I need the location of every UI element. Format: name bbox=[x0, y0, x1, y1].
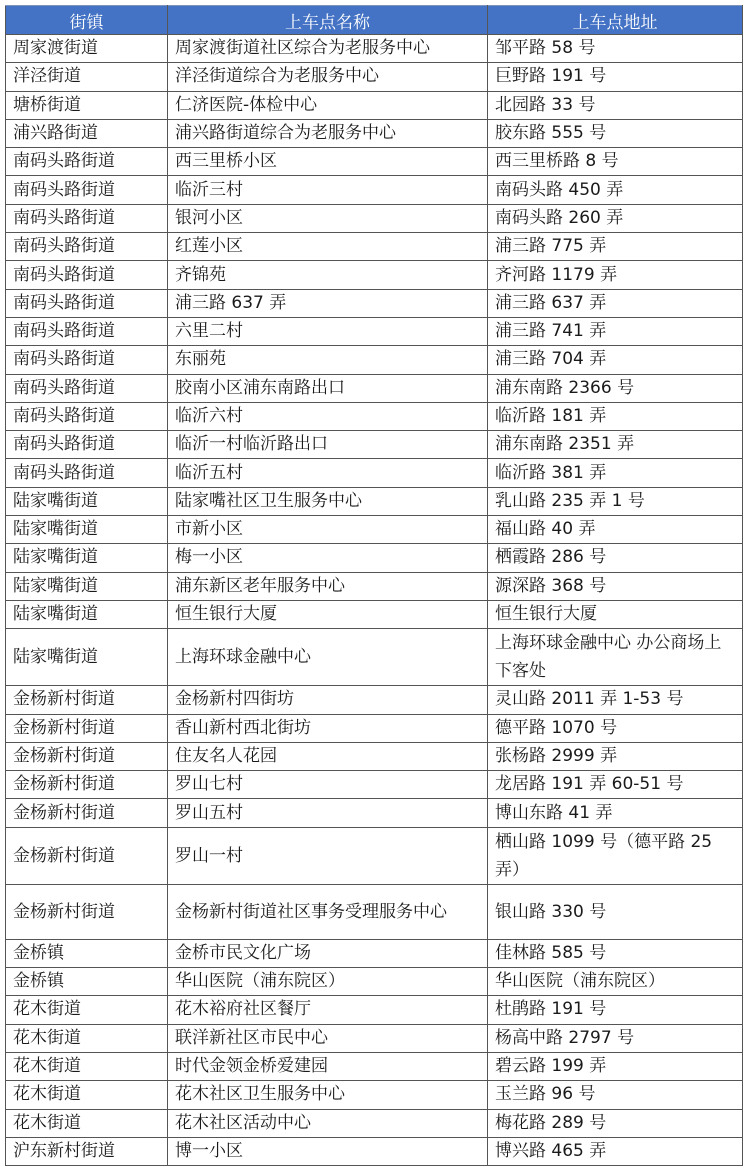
cell-street-town-text: 金杨新村街道 bbox=[13, 803, 115, 823]
cell-street-town-text: 浦兴路街道 bbox=[13, 123, 98, 143]
cell-pickup-name-text: 六里二村 bbox=[175, 321, 243, 341]
cell-pickup-name-text: 花木社区活动中心 bbox=[175, 1113, 311, 1133]
cell-pickup-address: 浦东南路 2351 弄 bbox=[488, 431, 743, 459]
cell-street-town-text: 沪东新村街道 bbox=[13, 1141, 115, 1161]
cell-street-town: 陆家嘴街道 bbox=[6, 487, 168, 515]
cell-pickup-name: 临沂一村临沂路出口 bbox=[168, 431, 488, 459]
cell-pickup-address: 碧云路 199 弄 bbox=[488, 1052, 743, 1080]
cell-street-town-text: 南码头路街道 bbox=[13, 265, 115, 285]
cell-pickup-name-text: 梅一小区 bbox=[175, 547, 243, 567]
table-row: 南码头路街道浦三路 637 弄浦三路 637 弄 bbox=[6, 289, 743, 317]
cell-pickup-address-text: 杨高中路 2797 号 bbox=[495, 1028, 634, 1048]
cell-street-town-text: 花木街道 bbox=[13, 1084, 81, 1104]
cell-pickup-name-text: 临沂五村 bbox=[175, 463, 243, 483]
pickup-points-table: 街镇 上车点名称 上车点地址 周家渡街道周家渡街道社区综合为老服务中心邹平路 5… bbox=[5, 5, 743, 1166]
cell-pickup-address: 北园路 33 号 bbox=[488, 91, 743, 119]
cell-street-town-text: 金杨新村街道 bbox=[13, 718, 115, 738]
table-row: 沪东新村街道博一小区博兴路 465 弄 bbox=[6, 1137, 743, 1165]
table-row: 花木街道花木社区活动中心梅花路 289 号 bbox=[6, 1109, 743, 1137]
cell-pickup-name-text: 花木裕府社区餐厅 bbox=[175, 999, 311, 1019]
cell-street-town: 南码头路街道 bbox=[6, 374, 168, 402]
cell-pickup-name: 罗山七村 bbox=[168, 771, 488, 799]
cell-street-town-text: 金杨新村街道 bbox=[13, 898, 161, 926]
cell-pickup-address-text: 浦东南路 2351 弄 bbox=[495, 434, 634, 454]
cell-street-town-text: 陆家嘴街道 bbox=[13, 491, 98, 511]
cell-street-town: 周家渡街道 bbox=[6, 35, 168, 63]
cell-street-town-text: 南码头路街道 bbox=[13, 349, 115, 369]
cell-street-town: 金桥镇 bbox=[6, 939, 168, 967]
cell-pickup-name: 上海环球金融中心 bbox=[168, 629, 488, 686]
cell-street-town-text: 陆家嘴街道 bbox=[13, 576, 98, 596]
cell-pickup-address: 博山东路 41 弄 bbox=[488, 799, 743, 827]
cell-pickup-name-text: 金杨新村街道社区事务受理服务中心 bbox=[175, 898, 481, 926]
cell-pickup-address-text: 浦东南路 2366 号 bbox=[495, 378, 634, 398]
table-row: 南码头路街道银河小区南码头路 260 弄 bbox=[6, 204, 743, 232]
cell-street-town-text: 南码头路街道 bbox=[13, 236, 115, 256]
cell-pickup-name: 恒生银行大厦 bbox=[168, 600, 488, 628]
cell-street-town: 花木街道 bbox=[6, 1081, 168, 1109]
cell-pickup-name-text: 银河小区 bbox=[175, 208, 243, 228]
cell-pickup-address: 浦三路 704 弄 bbox=[488, 346, 743, 374]
cell-pickup-name-text: 临沂一村临沂路出口 bbox=[175, 434, 328, 454]
cell-street-town: 金杨新村街道 bbox=[6, 742, 168, 770]
cell-pickup-address-text: 浦三路 741 弄 bbox=[495, 321, 606, 341]
cell-pickup-name-text: 周家渡街道社区综合为老服务中心 bbox=[175, 38, 430, 58]
cell-street-town-text: 金杨新村街道 bbox=[13, 746, 115, 766]
cell-street-town: 南码头路街道 bbox=[6, 431, 168, 459]
cell-pickup-name: 花木社区活动中心 bbox=[168, 1109, 488, 1137]
cell-pickup-name: 花木社区卫生服务中心 bbox=[168, 1081, 488, 1109]
cell-street-town-text: 塘桥街道 bbox=[13, 95, 81, 115]
cell-pickup-name: 六里二村 bbox=[168, 317, 488, 345]
cell-pickup-name-text: 住友名人花园 bbox=[175, 746, 277, 766]
cell-pickup-name-text: 临沂三村 bbox=[175, 180, 243, 200]
cell-pickup-address: 南码头路 260 弄 bbox=[488, 204, 743, 232]
cell-pickup-address: 华山医院（浦东院区） bbox=[488, 968, 743, 996]
table-body: 周家渡街道周家渡街道社区综合为老服务中心邹平路 58 号洋泾街道洋泾街道综合为老… bbox=[6, 35, 743, 1166]
cell-pickup-address-text: 博山东路 41 弄 bbox=[495, 803, 612, 823]
cell-pickup-address-text: 灵山路 2011 弄 1-53 号 bbox=[495, 689, 683, 709]
table-row: 南码头路街道胶南小区浦东南路出口浦东南路 2366 号 bbox=[6, 374, 743, 402]
table-row: 南码头路街道东丽苑浦三路 704 弄 bbox=[6, 346, 743, 374]
cell-pickup-address-text: 巨野路 191 号 bbox=[495, 66, 606, 86]
table-row: 陆家嘴街道梅一小区栖霞路 286 号 bbox=[6, 544, 743, 572]
cell-pickup-address: 杜鹃路 191 号 bbox=[488, 996, 743, 1024]
table-row: 陆家嘴街道浦东新区老年服务中心源深路 368 号 bbox=[6, 572, 743, 600]
cell-street-town: 花木街道 bbox=[6, 996, 168, 1024]
table-row: 陆家嘴街道市新小区福山路 40 弄 bbox=[6, 516, 743, 544]
cell-pickup-name: 华山医院（浦东院区） bbox=[168, 968, 488, 996]
table-row: 陆家嘴街道恒生银行大厦恒生银行大厦 bbox=[6, 600, 743, 628]
cell-street-town-text: 南码头路街道 bbox=[13, 463, 115, 483]
cell-pickup-name-text: 花木社区卫生服务中心 bbox=[175, 1084, 345, 1104]
table-row: 陆家嘴街道上海环球金融中心上海环球金融中心 办公商场上下客处 bbox=[6, 629, 743, 686]
cell-pickup-name-text: 罗山七村 bbox=[175, 774, 243, 794]
cell-pickup-name-text: 洋泾街道综合为老服务中心 bbox=[175, 66, 379, 86]
header-pickup-name: 上车点名称 bbox=[168, 6, 488, 35]
table-row: 南码头路街道临沂三村南码头路 450 弄 bbox=[6, 176, 743, 204]
cell-pickup-name: 时代金领金桥爱建园 bbox=[168, 1052, 488, 1080]
cell-street-town: 陆家嘴街道 bbox=[6, 600, 168, 628]
table-row: 金杨新村街道罗山五村博山东路 41 弄 bbox=[6, 799, 743, 827]
cell-pickup-address-text: 德平路 1070 号 bbox=[495, 718, 617, 738]
cell-pickup-name: 陆家嘴社区卫生服务中心 bbox=[168, 487, 488, 515]
cell-pickup-address: 胶东路 555 号 bbox=[488, 119, 743, 147]
cell-pickup-address-text: 临沂路 181 弄 bbox=[495, 406, 606, 426]
cell-pickup-address: 齐河路 1179 弄 bbox=[488, 261, 743, 289]
cell-street-town: 金杨新村街道 bbox=[6, 827, 168, 884]
cell-pickup-address-text: 博兴路 465 弄 bbox=[495, 1141, 606, 1161]
cell-street-town: 南码头路街道 bbox=[6, 346, 168, 374]
cell-street-town: 金杨新村街道 bbox=[6, 799, 168, 827]
cell-street-town: 南码头路街道 bbox=[6, 261, 168, 289]
cell-street-town: 南码头路街道 bbox=[6, 233, 168, 261]
cell-street-town: 金桥镇 bbox=[6, 968, 168, 996]
cell-street-town-text: 陆家嘴街道 bbox=[13, 604, 98, 624]
table-row: 金杨新村街道罗山一村栖山路 1099 号（德平路 25 弄） bbox=[6, 827, 743, 884]
table-row: 陆家嘴街道陆家嘴社区卫生服务中心乳山路 235 弄 1 号 bbox=[6, 487, 743, 515]
cell-pickup-name: 花木裕府社区餐厅 bbox=[168, 996, 488, 1024]
cell-pickup-name: 浦三路 637 弄 bbox=[168, 289, 488, 317]
cell-pickup-name-text: 市新小区 bbox=[175, 519, 243, 539]
table-row: 塘桥街道仁济医院-体检中心北园路 33 号 bbox=[6, 91, 743, 119]
cell-pickup-name: 胶南小区浦东南路出口 bbox=[168, 374, 488, 402]
cell-street-town-text: 南码头路街道 bbox=[13, 406, 115, 426]
cell-pickup-address: 浦三路 775 弄 bbox=[488, 233, 743, 261]
cell-pickup-address-text: 邹平路 58 号 bbox=[495, 38, 595, 58]
cell-pickup-address-text: 恒生银行大厦 bbox=[495, 604, 597, 624]
cell-pickup-address: 张杨路 2999 弄 bbox=[488, 742, 743, 770]
cell-pickup-address-text: 栖霞路 286 号 bbox=[495, 547, 606, 567]
cell-street-town: 陆家嘴街道 bbox=[6, 629, 168, 686]
cell-pickup-name: 齐锦苑 bbox=[168, 261, 488, 289]
cell-street-town-text: 陆家嘴街道 bbox=[13, 519, 98, 539]
cell-pickup-address-text: 西三里桥路 8 号 bbox=[495, 151, 619, 171]
cell-pickup-address-text: 临沂路 381 弄 bbox=[495, 463, 606, 483]
table-row: 南码头路街道六里二村浦三路 741 弄 bbox=[6, 317, 743, 345]
header-street-town: 街镇 bbox=[6, 6, 168, 35]
cell-street-town: 花木街道 bbox=[6, 1024, 168, 1052]
cell-pickup-name: 浦东新区老年服务中心 bbox=[168, 572, 488, 600]
table-row: 金桥镇金桥市民文化广场佳林路 585 号 bbox=[6, 939, 743, 967]
cell-pickup-name: 梅一小区 bbox=[168, 544, 488, 572]
cell-street-town-text: 陆家嘴街道 bbox=[13, 547, 98, 567]
table-row: 花木街道花木社区卫生服务中心玉兰路 96 号 bbox=[6, 1081, 743, 1109]
cell-street-town: 金杨新村街道 bbox=[6, 714, 168, 742]
cell-street-town: 陆家嘴街道 bbox=[6, 544, 168, 572]
cell-pickup-name: 金桥市民文化广场 bbox=[168, 939, 488, 967]
cell-street-town: 洋泾街道 bbox=[6, 63, 168, 91]
cell-street-town: 金杨新村街道 bbox=[6, 771, 168, 799]
cell-pickup-address: 乳山路 235 弄 1 号 bbox=[488, 487, 743, 515]
cell-pickup-address-text: 龙居路 191 弄 60-51 号 bbox=[495, 774, 683, 794]
cell-pickup-name-text: 浦三路 637 弄 bbox=[175, 293, 286, 313]
cell-pickup-name: 住友名人花园 bbox=[168, 742, 488, 770]
table-row: 南码头路街道红莲小区浦三路 775 弄 bbox=[6, 233, 743, 261]
cell-street-town-text: 金杨新村街道 bbox=[13, 689, 115, 709]
cell-pickup-name-text: 西三里桥小区 bbox=[175, 151, 277, 171]
cell-pickup-name-text: 金杨新村四街坊 bbox=[175, 689, 294, 709]
cell-street-town-text: 花木街道 bbox=[13, 999, 81, 1019]
cell-pickup-address: 栖霞路 286 号 bbox=[488, 544, 743, 572]
cell-pickup-address: 浦三路 637 弄 bbox=[488, 289, 743, 317]
table-row: 浦兴路街道浦兴路街道综合为老服务中心胶东路 555 号 bbox=[6, 119, 743, 147]
table-row: 南码头路街道临沂五村临沂路 381 弄 bbox=[6, 459, 743, 487]
cell-pickup-name: 洋泾街道综合为老服务中心 bbox=[168, 63, 488, 91]
cell-street-town-text: 金杨新村街道 bbox=[13, 842, 161, 870]
cell-pickup-name-text: 恒生银行大厦 bbox=[175, 604, 277, 624]
cell-street-town-text: 南码头路街道 bbox=[13, 208, 115, 228]
table-row: 周家渡街道周家渡街道社区综合为老服务中心邹平路 58 号 bbox=[6, 35, 743, 63]
cell-street-town-text: 花木街道 bbox=[13, 1056, 81, 1076]
cell-street-town-text: 南码头路街道 bbox=[13, 378, 115, 398]
table-row: 南码头路街道临沂一村临沂路出口浦东南路 2351 弄 bbox=[6, 431, 743, 459]
cell-pickup-address-text: 上海环球金融中心 办公商场上下客处 bbox=[495, 629, 736, 685]
cell-pickup-address: 灵山路 2011 弄 1-53 号 bbox=[488, 686, 743, 714]
cell-street-town-text: 陆家嘴街道 bbox=[13, 643, 161, 671]
cell-pickup-address-text: 胶东路 555 号 bbox=[495, 123, 606, 143]
cell-street-town-text: 周家渡街道 bbox=[13, 38, 98, 58]
cell-street-town: 南码头路街道 bbox=[6, 289, 168, 317]
cell-pickup-name-text: 浦兴路街道综合为老服务中心 bbox=[175, 123, 396, 143]
cell-pickup-name-text: 华山医院（浦东院区） bbox=[175, 971, 345, 991]
cell-pickup-name-text: 红莲小区 bbox=[175, 236, 243, 256]
table-row: 金杨新村街道金杨新村四街坊灵山路 2011 弄 1-53 号 bbox=[6, 686, 743, 714]
cell-pickup-address-text: 华山医院（浦东院区） bbox=[495, 971, 665, 991]
cell-street-town: 金杨新村街道 bbox=[6, 884, 168, 939]
cell-street-town-text: 南码头路街道 bbox=[13, 321, 115, 341]
cell-pickup-address-text: 南码头路 450 弄 bbox=[495, 180, 623, 200]
cell-pickup-name: 西三里桥小区 bbox=[168, 148, 488, 176]
cell-street-town-text: 花木街道 bbox=[13, 1113, 81, 1133]
table-row: 花木街道时代金领金桥爱建园碧云路 199 弄 bbox=[6, 1052, 743, 1080]
cell-pickup-name: 罗山五村 bbox=[168, 799, 488, 827]
cell-pickup-address: 南码头路 450 弄 bbox=[488, 176, 743, 204]
cell-pickup-address: 恒生银行大厦 bbox=[488, 600, 743, 628]
cell-pickup-name-text: 时代金领金桥爱建园 bbox=[175, 1056, 328, 1076]
cell-street-town: 南码头路街道 bbox=[6, 317, 168, 345]
table-row: 南码头路街道齐锦苑齐河路 1179 弄 bbox=[6, 261, 743, 289]
table-row: 金杨新村街道金杨新村街道社区事务受理服务中心银山路 330 号 bbox=[6, 884, 743, 939]
cell-pickup-name-text: 东丽苑 bbox=[175, 349, 226, 369]
cell-pickup-name: 金杨新村街道社区事务受理服务中心 bbox=[168, 884, 488, 939]
cell-pickup-address: 浦东南路 2366 号 bbox=[488, 374, 743, 402]
cell-pickup-address-text: 梅花路 289 号 bbox=[495, 1113, 606, 1133]
cell-pickup-address: 巨野路 191 号 bbox=[488, 63, 743, 91]
table-row: 金桥镇华山医院（浦东院区）华山医院（浦东院区） bbox=[6, 968, 743, 996]
cell-pickup-name: 浦兴路街道综合为老服务中心 bbox=[168, 119, 488, 147]
cell-street-town: 南码头路街道 bbox=[6, 176, 168, 204]
cell-pickup-address: 博兴路 465 弄 bbox=[488, 1137, 743, 1165]
cell-pickup-name: 银河小区 bbox=[168, 204, 488, 232]
cell-pickup-address-text: 福山路 40 弄 bbox=[495, 519, 595, 539]
cell-pickup-address-text: 碧云路 199 弄 bbox=[495, 1056, 606, 1076]
cell-street-town-text: 金杨新村街道 bbox=[13, 774, 115, 794]
table-row: 金杨新村街道住友名人花园张杨路 2999 弄 bbox=[6, 742, 743, 770]
cell-pickup-address: 银山路 330 号 bbox=[488, 884, 743, 939]
cell-pickup-address-text: 浦三路 704 弄 bbox=[495, 349, 606, 369]
cell-pickup-name-text: 罗山一村 bbox=[175, 842, 481, 870]
cell-pickup-name-text: 罗山五村 bbox=[175, 803, 243, 823]
cell-street-town: 金杨新村街道 bbox=[6, 686, 168, 714]
cell-street-town-text: 南码头路街道 bbox=[13, 180, 115, 200]
table-row: 花木街道花木裕府社区餐厅杜鹃路 191 号 bbox=[6, 996, 743, 1024]
cell-pickup-address: 杨高中路 2797 号 bbox=[488, 1024, 743, 1052]
cell-pickup-name: 临沂三村 bbox=[168, 176, 488, 204]
cell-pickup-address: 上海环球金融中心 办公商场上下客处 bbox=[488, 629, 743, 686]
cell-pickup-address-text: 杜鹃路 191 号 bbox=[495, 999, 606, 1019]
cell-pickup-address: 浦三路 741 弄 bbox=[488, 317, 743, 345]
table-row: 花木街道联洋新社区市民中心杨高中路 2797 号 bbox=[6, 1024, 743, 1052]
cell-pickup-address: 邹平路 58 号 bbox=[488, 35, 743, 63]
cell-street-town: 浦兴路街道 bbox=[6, 119, 168, 147]
cell-pickup-address: 临沂路 381 弄 bbox=[488, 459, 743, 487]
cell-street-town: 陆家嘴街道 bbox=[6, 572, 168, 600]
cell-pickup-name-text: 香山新村西北街坊 bbox=[175, 718, 311, 738]
cell-pickup-address-text: 佳林路 585 号 bbox=[495, 943, 606, 963]
cell-pickup-address-text: 浦三路 775 弄 bbox=[495, 236, 606, 256]
cell-street-town-text: 花木街道 bbox=[13, 1028, 81, 1048]
cell-pickup-address-text: 玉兰路 96 号 bbox=[495, 1084, 595, 1104]
cell-pickup-address-text: 乳山路 235 弄 1 号 bbox=[495, 491, 645, 511]
cell-pickup-address: 临沂路 181 弄 bbox=[488, 402, 743, 430]
cell-street-town: 南码头路街道 bbox=[6, 204, 168, 232]
cell-pickup-address: 龙居路 191 弄 60-51 号 bbox=[488, 771, 743, 799]
cell-pickup-address: 玉兰路 96 号 bbox=[488, 1081, 743, 1109]
cell-street-town-text: 南码头路街道 bbox=[13, 293, 115, 313]
header-pickup-address: 上车点地址 bbox=[488, 6, 743, 35]
table-row: 洋泾街道洋泾街道综合为老服务中心巨野路 191 号 bbox=[6, 63, 743, 91]
cell-pickup-address-text: 北园路 33 号 bbox=[495, 95, 595, 115]
cell-street-town-text: 洋泾街道 bbox=[13, 66, 81, 86]
cell-pickup-name-text: 仁济医院-体检中心 bbox=[175, 95, 317, 115]
cell-pickup-name: 金杨新村四街坊 bbox=[168, 686, 488, 714]
cell-pickup-name: 博一小区 bbox=[168, 1137, 488, 1165]
cell-pickup-name: 香山新村西北街坊 bbox=[168, 714, 488, 742]
cell-pickup-address-text: 银山路 330 号 bbox=[495, 898, 736, 926]
cell-pickup-name: 红莲小区 bbox=[168, 233, 488, 261]
table-row: 金杨新村街道罗山七村龙居路 191 弄 60-51 号 bbox=[6, 771, 743, 799]
cell-pickup-name-text: 陆家嘴社区卫生服务中心 bbox=[175, 491, 362, 511]
cell-pickup-address-text: 南码头路 260 弄 bbox=[495, 208, 623, 228]
cell-pickup-address-text: 栖山路 1099 号（德平路 25 弄） bbox=[495, 828, 736, 884]
cell-pickup-name-text: 临沂六村 bbox=[175, 406, 243, 426]
cell-street-town: 沪东新村街道 bbox=[6, 1137, 168, 1165]
cell-pickup-name: 联洋新社区市民中心 bbox=[168, 1024, 488, 1052]
cell-pickup-name: 罗山一村 bbox=[168, 827, 488, 884]
cell-street-town: 花木街道 bbox=[6, 1109, 168, 1137]
cell-street-town-text: 南码头路街道 bbox=[13, 151, 115, 171]
table-header-row: 街镇 上车点名称 上车点地址 bbox=[6, 6, 743, 35]
table-row: 金杨新村街道香山新村西北街坊德平路 1070 号 bbox=[6, 714, 743, 742]
cell-pickup-name-text: 上海环球金融中心 bbox=[175, 643, 481, 671]
cell-pickup-address-text: 浦三路 637 弄 bbox=[495, 293, 606, 313]
cell-pickup-address-text: 张杨路 2999 弄 bbox=[495, 746, 617, 766]
cell-pickup-name: 市新小区 bbox=[168, 516, 488, 544]
cell-pickup-name-text: 浦东新区老年服务中心 bbox=[175, 576, 345, 596]
cell-street-town: 南码头路街道 bbox=[6, 459, 168, 487]
cell-pickup-address: 梅花路 289 号 bbox=[488, 1109, 743, 1137]
cell-pickup-address: 西三里桥路 8 号 bbox=[488, 148, 743, 176]
cell-pickup-name: 临沂六村 bbox=[168, 402, 488, 430]
cell-street-town-text: 南码头路街道 bbox=[13, 434, 115, 454]
cell-street-town: 南码头路街道 bbox=[6, 402, 168, 430]
cell-pickup-name: 东丽苑 bbox=[168, 346, 488, 374]
cell-pickup-name-text: 胶南小区浦东南路出口 bbox=[175, 378, 345, 398]
cell-pickup-name: 临沂五村 bbox=[168, 459, 488, 487]
cell-pickup-address-text: 齐河路 1179 弄 bbox=[495, 265, 617, 285]
cell-pickup-name-text: 齐锦苑 bbox=[175, 265, 226, 285]
cell-pickup-name: 仁济医院-体检中心 bbox=[168, 91, 488, 119]
cell-pickup-name-text: 金桥市民文化广场 bbox=[175, 943, 311, 963]
cell-street-town: 陆家嘴街道 bbox=[6, 516, 168, 544]
cell-pickup-name-text: 博一小区 bbox=[175, 1141, 243, 1161]
cell-street-town: 塘桥街道 bbox=[6, 91, 168, 119]
cell-pickup-address-text: 源深路 368 号 bbox=[495, 576, 606, 596]
cell-pickup-address: 福山路 40 弄 bbox=[488, 516, 743, 544]
table-row: 南码头路街道临沂六村临沂路 181 弄 bbox=[6, 402, 743, 430]
cell-pickup-address: 德平路 1070 号 bbox=[488, 714, 743, 742]
cell-pickup-address: 源深路 368 号 bbox=[488, 572, 743, 600]
cell-street-town: 花木街道 bbox=[6, 1052, 168, 1080]
cell-street-town-text: 金桥镇 bbox=[13, 943, 64, 963]
cell-pickup-address: 栖山路 1099 号（德平路 25 弄） bbox=[488, 827, 743, 884]
table-row: 南码头路街道西三里桥小区西三里桥路 8 号 bbox=[6, 148, 743, 176]
cell-street-town-text: 金桥镇 bbox=[13, 971, 64, 991]
cell-pickup-name: 周家渡街道社区综合为老服务中心 bbox=[168, 35, 488, 63]
cell-pickup-name-text: 联洋新社区市民中心 bbox=[175, 1028, 328, 1048]
cell-pickup-address: 佳林路 585 号 bbox=[488, 939, 743, 967]
cell-street-town: 南码头路街道 bbox=[6, 148, 168, 176]
